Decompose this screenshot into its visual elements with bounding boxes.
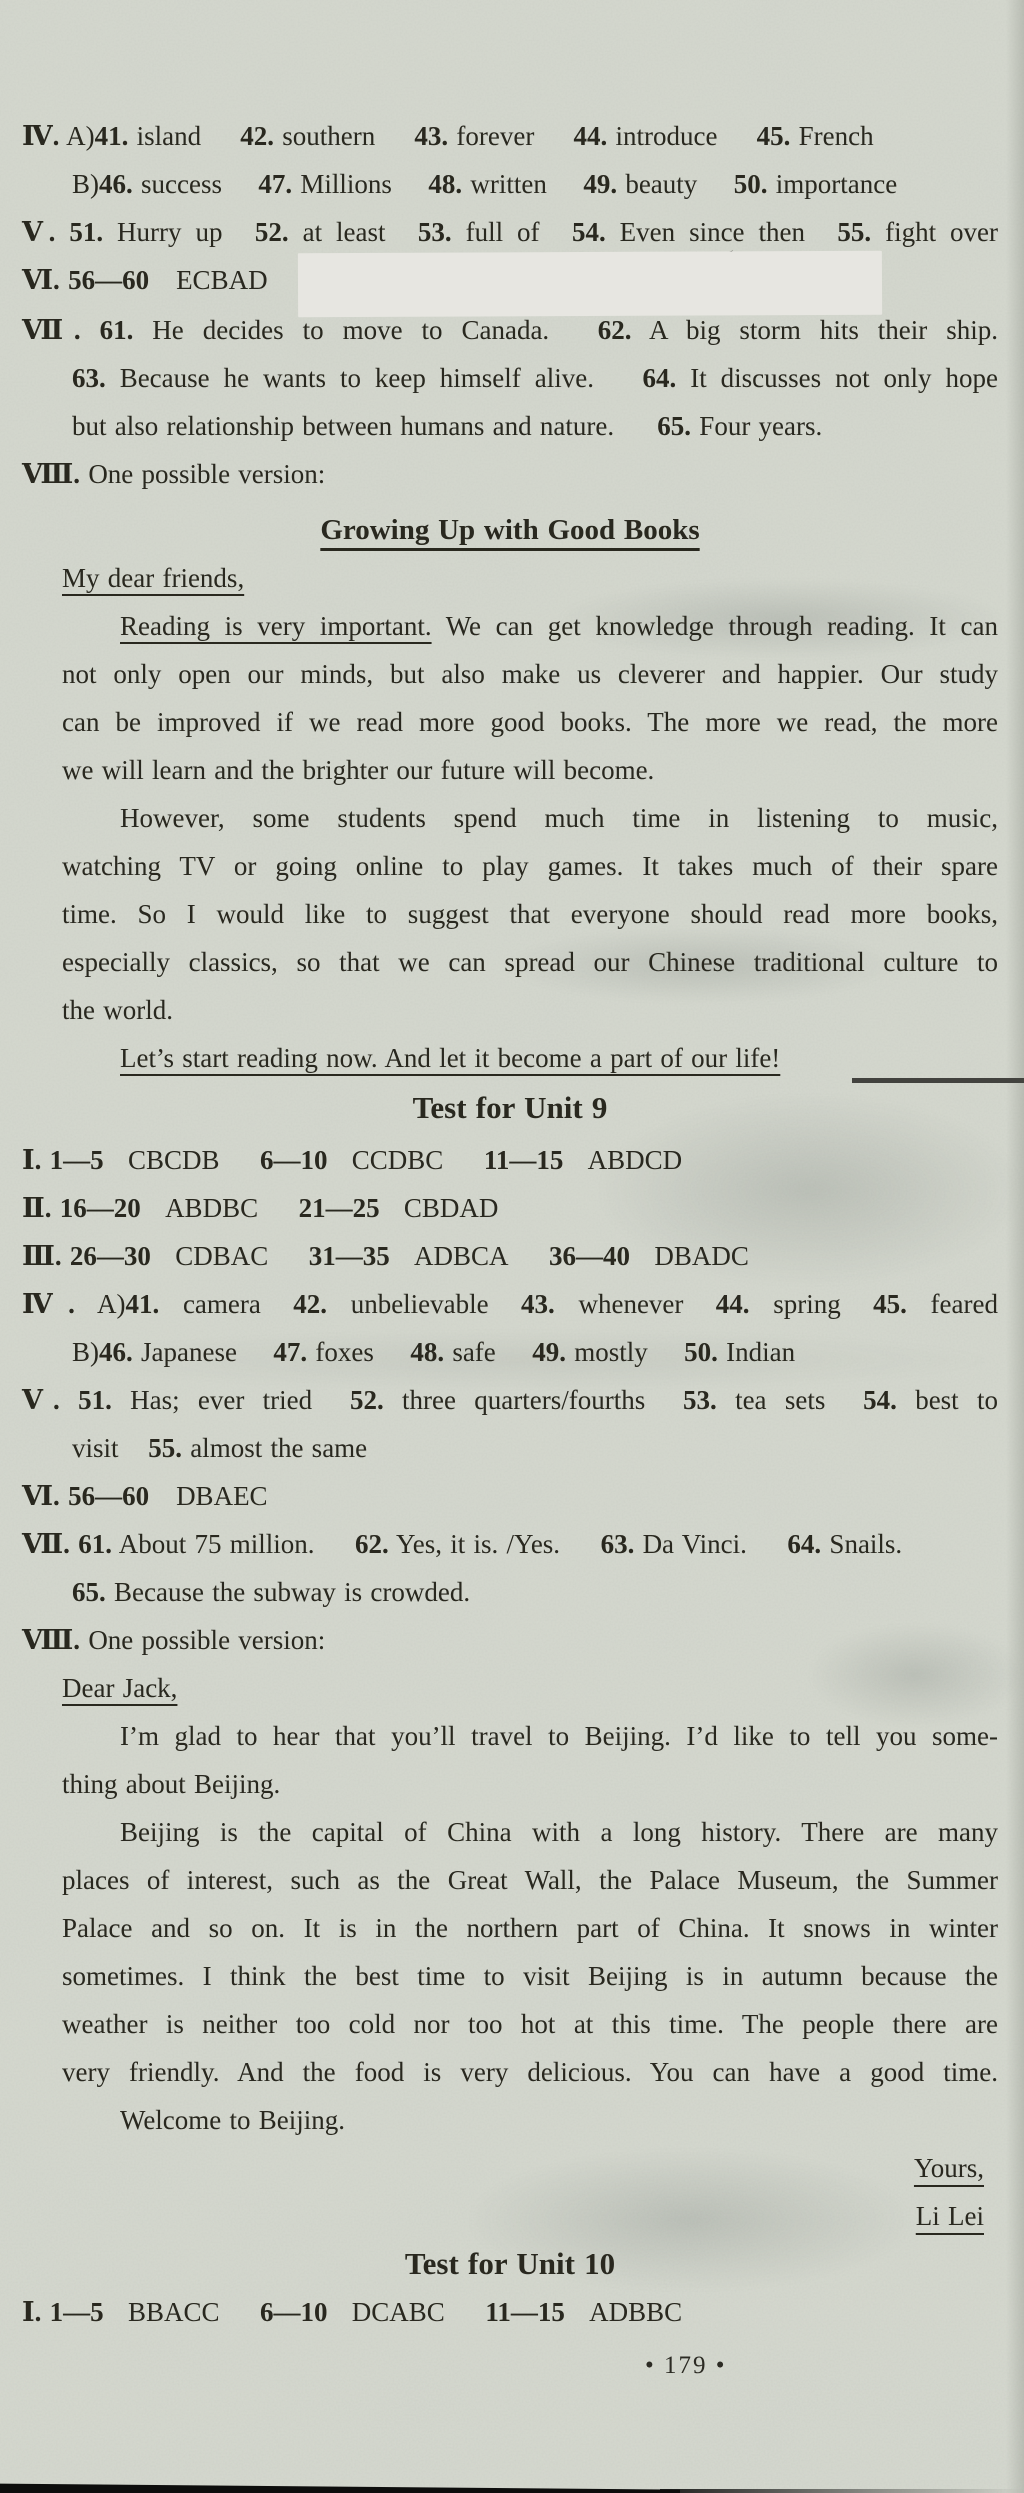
answer-number: 21—25 (299, 1193, 380, 1223)
text-segment (60, 1481, 68, 1511)
text-segment: success (133, 169, 222, 199)
answer-number: Test for Unit 10 (405, 2246, 615, 2281)
text-segment: weather is neither too cold nor too hot … (62, 2009, 998, 2039)
text-segment: DBADC (654, 1241, 749, 1271)
answer-number: 1—5 (50, 1145, 104, 1175)
text-segment: very friendly. And the food is very deli… (62, 2057, 998, 2087)
text-segment: but also relationship between humans and… (72, 411, 614, 441)
answer-number: 61. (100, 315, 134, 345)
text-segment: Hurry up (103, 217, 222, 247)
line-letter-line-2: thing about Beijing. (62, 1760, 998, 1808)
text-segment: CDBAC (175, 1241, 268, 1271)
answer-number: 55. (148, 1433, 182, 1463)
answer-number: Ⅵ. (22, 1481, 60, 1511)
line-u9-viii: Ⅷ. One possible version: (22, 1616, 998, 1664)
line-ans-vii-2: 63. Because he wants to keep himself ali… (22, 354, 998, 402)
answer-number: Ⅶ. (22, 315, 81, 345)
text-segment: best to (897, 1385, 998, 1415)
line-u9-ii: Ⅱ. 16—20ABDBC21—25CBDAD (22, 1184, 998, 1232)
text-segment: beauty (617, 169, 697, 199)
text-segment: A) (75, 1289, 126, 1319)
text-segment: CCDBC (352, 1145, 444, 1175)
line-u9-vi: Ⅵ. 56—60DBAEC (22, 1472, 998, 1520)
bottom-scan-edge (0, 2481, 680, 2493)
text-segment: French (790, 121, 873, 151)
answer-number: 41. (126, 1289, 160, 1319)
text-segment: About 75 million. (112, 1529, 315, 1559)
answer-number: 6—10 (260, 2297, 328, 2327)
answer-number: 49. (583, 169, 617, 199)
text-segment: foxes (307, 1337, 374, 1367)
text-segment: especially classics, so that we can spre… (62, 947, 998, 977)
line-ans-v: Ⅴ. 51. Hurry up52. at least53. full of54… (22, 208, 998, 256)
text-segment: Four years. (691, 411, 822, 441)
answer-number: 62. (355, 1529, 389, 1559)
text-segment: Because the subway is crowded. (106, 1577, 470, 1607)
line-letter-line-9: Welcome to Beijing. (62, 2096, 998, 2144)
answer-number: Ⅴ. (22, 1385, 60, 1415)
text-segment: B) (72, 1337, 99, 1367)
answer-number: 65. (72, 1577, 106, 1607)
line-essay-line-9: the world. (62, 986, 998, 1034)
line-u9-vii-1: Ⅶ. 61. About 75 million.62. Yes, it is. … (22, 1520, 998, 1568)
text-segment: Welcome to Beijing. (120, 2105, 345, 2135)
text-segment: Beijing is the capital of China with a l… (120, 1817, 998, 1847)
answer-number: 51. (78, 1385, 112, 1415)
text-segment: time. So I would like to suggest that ev… (62, 899, 998, 929)
line-letter-line-3: Beijing is the capital of China with a l… (62, 1808, 998, 1856)
text-segment: BBACC (128, 2297, 220, 2327)
text-segment: ABDBC (165, 1193, 258, 1223)
text-segment: A) (59, 121, 94, 151)
answer-number: Ⅵ. (22, 265, 60, 295)
answer-number: 51. (69, 217, 103, 247)
line-essay-line-2: not only open our minds, but also make u… (62, 650, 998, 698)
line-letter-line-5: Palace and so on. It is in the northern … (62, 1904, 998, 1952)
answer-number: 47. (273, 1337, 307, 1367)
line-ans-viii: Ⅷ. One possible version: (22, 450, 998, 498)
text-segment: Da Vinci. (634, 1529, 747, 1559)
text-segment: DCABC (352, 2297, 445, 2327)
answer-number: 1—5 (50, 2297, 104, 2327)
answer-number: 31—35 (309, 1241, 390, 1271)
text-segment: introduce (607, 121, 717, 151)
text-segment: We can get knowledge through reading. It… (432, 611, 998, 641)
answer-number: Ⅰ. (22, 1145, 41, 1175)
answer-number: Ⅳ. (22, 1289, 75, 1319)
answer-number: 65. (657, 411, 691, 441)
line-essay-salutation: My dear friends, (62, 554, 998, 602)
answer-number: 44. (574, 121, 608, 151)
text-segment: One possible version: (80, 1625, 325, 1655)
answer-number: 56—60 (68, 1481, 149, 1511)
text-segment: watching TV or going online to play game… (62, 851, 998, 881)
text-segment: Millions (292, 169, 392, 199)
text-segment: whenever (555, 1289, 684, 1319)
answer-number: 42. (293, 1289, 327, 1319)
text-segment: tea sets (717, 1385, 826, 1415)
line-u9-iv-b: B)46. Japanese47. foxes48. safe49. mostl… (22, 1328, 998, 1376)
answer-number: 36—40 (549, 1241, 630, 1271)
text-segment: B) (72, 169, 99, 199)
text-segment (62, 1241, 70, 1271)
text-segment: places of interest, such as the Great Wa… (62, 1865, 998, 1895)
answer-number: 49. (532, 1337, 566, 1367)
line-u9-vii-2: 65. Because the subway is crowded. (22, 1568, 998, 1616)
line-unit10-heading: Test for Unit 10 (22, 2240, 998, 2288)
text-segment: However, some students spend much time i… (120, 803, 998, 833)
line-u9-iii: Ⅲ. 26—30CDBAC31—35ADBCA36—40DBADC (22, 1232, 998, 1280)
text-segment: My dear friends, (62, 563, 244, 593)
line-essay-line-10: Let’s start reading now. And let it beco… (62, 1034, 998, 1082)
text-segment: DBAEC (176, 1481, 268, 1511)
answer-number: Ⅷ. (22, 1625, 80, 1655)
text-segment: camera (159, 1289, 261, 1319)
text-segment (41, 1145, 49, 1175)
text-segment: full of (452, 217, 540, 247)
line-essay-line-8: especially classics, so that we can spre… (62, 938, 998, 986)
line-u9-iv-a: Ⅳ. A)41. camera42. unbelievable43. whene… (22, 1280, 998, 1328)
text-segment: visit (72, 1433, 119, 1463)
answer-number: 41. (95, 121, 129, 151)
line-essay-line-1: Reading is very important. We can get kn… (62, 602, 998, 650)
line-essay-title: Growing Up with Good Books (22, 506, 998, 554)
text-segment: island (128, 121, 201, 151)
text-segment: Yours, (914, 2153, 984, 2183)
whiteout-correction-box (298, 251, 882, 318)
answer-number: 62. (598, 315, 632, 345)
text-segment: written (462, 169, 547, 199)
answer-number: Ⅳ. (22, 121, 59, 151)
line-ans-iv-b: B)46. success47. Millions48. written49. … (22, 160, 998, 208)
line-letter-line-8: very friendly. And the food is very deli… (62, 2048, 998, 2096)
answer-number: 43. (414, 121, 448, 151)
text-segment: Li Lei (916, 2201, 984, 2231)
text-segment: Snails. (821, 1529, 902, 1559)
text-segment: I’m glad to hear that you’ll travel to B… (120, 1721, 998, 1751)
line-u9-i: Ⅰ. 1—5CBCDB6—10CCDBC11—15ABDCD (22, 1136, 998, 1184)
line-essay-line-4: we will learn and the brighter our futur… (62, 746, 998, 794)
text-segment (52, 1193, 60, 1223)
text-segment: Dear Jack, (62, 1673, 177, 1703)
line-letter-line-7: weather is neither too cold nor too hot … (62, 2000, 998, 2048)
bottom-scan-edge-tail (660, 2489, 1024, 2493)
text-segment: mostly (566, 1337, 648, 1367)
line-letter-signature: Li Lei (22, 2192, 998, 2240)
text-segment (60, 1385, 78, 1415)
line-letter-salutation: Dear Jack, (62, 1664, 998, 1712)
text-segment: spring (750, 1289, 841, 1319)
answer-number: 64. (643, 363, 677, 393)
text-segment (55, 217, 69, 247)
text-segment: sometimes. I think the best time to visi… (62, 1961, 998, 1991)
text-segment: can be improved if we read more good boo… (62, 707, 998, 737)
answer-number: Ⅷ. (22, 459, 80, 489)
answer-number: Ⅶ. (22, 1529, 70, 1559)
text-segment (70, 1529, 78, 1559)
text-segment: since (689, 217, 744, 247)
line-essay-line-5: However, some students spend much time i… (62, 794, 998, 842)
answer-number: 45. (757, 121, 791, 151)
answer-number: Growing Up with Good Books (320, 514, 699, 546)
line-letter-closing: Yours, (22, 2144, 998, 2192)
answer-number: 56—60 (68, 265, 149, 295)
answer-number: Ⅱ. (22, 1193, 52, 1223)
line-essay-line-6: watching TV or going online to play game… (62, 842, 998, 890)
text-segment: One possible version: (80, 459, 325, 489)
text-segment: southern (274, 121, 375, 151)
text-segment: Even (606, 217, 689, 247)
answer-number: Ⅰ. (22, 2297, 41, 2327)
line-ans-vii-3: but also relationship between humans and… (22, 402, 998, 450)
text-segment (41, 2297, 49, 2327)
text-segment: A big storm hits their ship. (632, 315, 998, 345)
text-segment: move (343, 315, 403, 345)
text-segment: Has; ever tried (112, 1385, 312, 1415)
answer-number: 63. (72, 363, 106, 393)
text-segment: Japanese (133, 1337, 237, 1367)
text-segment: Reading is very important. (120, 611, 432, 641)
text-segment: Let’s start reading now. And let it beco… (120, 1043, 780, 1073)
answer-number: 54. (863, 1385, 897, 1415)
text-segment: not only open our minds, but also make u… (62, 659, 998, 689)
answer-number: 16—20 (60, 1193, 141, 1223)
answer-number: 50. (734, 169, 768, 199)
text-segment: then (745, 217, 805, 247)
answer-number: 54. (572, 217, 606, 247)
text-segment: CBCDB (128, 1145, 220, 1175)
text-segment: Yes, it is. /Yes. (389, 1529, 560, 1559)
answer-number: 46. (99, 1337, 133, 1367)
text-segment: ADBBC (589, 2297, 682, 2327)
answer-number: 48. (428, 169, 462, 199)
content: Ⅳ. A)41. island42. southern43. forever44… (0, 0, 1024, 2336)
line-letter-line-6: sometimes. I think the best time to visi… (62, 1952, 998, 2000)
text-segment: thing about Beijing. (62, 1769, 280, 1799)
text-segment: He decides to (133, 315, 342, 345)
text-segment: forever (448, 121, 534, 151)
page-number: • 179 • (645, 2352, 727, 2380)
answer-number: 50. (684, 1337, 718, 1367)
answer-number: 52. (255, 217, 289, 247)
text-segment: Indian (718, 1337, 795, 1367)
answer-number: 64. (787, 1529, 821, 1559)
answer-number: 11—15 (485, 2297, 565, 2327)
answer-number: 11—15 (484, 1145, 564, 1175)
answer-number: 6—10 (260, 1145, 328, 1175)
answer-number: Test for Unit 9 (413, 1090, 608, 1125)
scan-artifact-line (852, 1078, 1024, 1083)
answer-number: 55. (837, 217, 871, 247)
text-segment: Because he wants to keep himself alive. (106, 363, 594, 393)
text-segment: ABDCD (588, 1145, 683, 1175)
answer-number: 48. (410, 1337, 444, 1367)
text-segment: almost the same (182, 1433, 367, 1463)
answer-number: 44. (716, 1289, 750, 1319)
text-segment: fight over (871, 217, 998, 247)
text-segment: three quarters/fourths (384, 1385, 646, 1415)
text-segment: Palace and so on. It is in the northern … (62, 1913, 998, 1943)
answer-number: 43. (521, 1289, 555, 1319)
line-u10-i: Ⅰ. 1—5BBACC6—10DCABC11—15ADBBC (22, 2288, 998, 2336)
text-segment: to Canada. (403, 315, 550, 345)
line-essay-line-3: can be improved if we read more good boo… (62, 698, 998, 746)
text-segment (81, 315, 100, 345)
line-letter-line-4: places of interest, such as the Great Wa… (62, 1856, 998, 1904)
text-segment: ADBCA (414, 1241, 509, 1271)
text-segment: the world. (62, 995, 173, 1025)
answer-number: 42. (240, 121, 274, 151)
text-segment: at least (289, 217, 386, 247)
answer-number: 53. (683, 1385, 717, 1415)
line-u9-v-1: Ⅴ. 51. Has; ever tried52. three quarters… (22, 1376, 998, 1424)
text-segment: CBDAD (404, 1193, 499, 1223)
answer-number: 61. (78, 1529, 112, 1559)
answer-number: Ⅲ. (22, 1241, 62, 1271)
text-segment: importance (767, 169, 897, 199)
text-segment: unbelievable (327, 1289, 489, 1319)
text-segment: safe (444, 1337, 496, 1367)
text-segment: ECBAD (176, 265, 268, 295)
text-segment: It discusses not only hope (676, 363, 998, 393)
line-ans-iv-a: Ⅳ. A)41. island42. southern43. forever44… (22, 112, 998, 160)
answer-number: Ⅴ. (22, 217, 55, 247)
line-essay-line-7: time. So I would like to suggest that ev… (62, 890, 998, 938)
answer-number: 26—30 (70, 1241, 151, 1271)
answer-number: 53. (418, 217, 452, 247)
answer-number: 47. (258, 169, 292, 199)
text-segment (60, 265, 68, 295)
line-unit9-heading: Test for Unit 9 (22, 1084, 998, 1132)
line-u9-v-2: visit55. almost the same (22, 1424, 998, 1472)
scanned-answer-book-page: Ⅳ. A)41. island42. southern43. forever44… (0, 0, 1024, 2493)
answer-number: 45. (873, 1289, 907, 1319)
line-letter-line-1: I’m glad to hear that you’ll travel to B… (62, 1712, 998, 1760)
text-segment: feared (907, 1289, 998, 1319)
answer-number: 46. (99, 169, 133, 199)
answer-number: 52. (350, 1385, 384, 1415)
answer-number: 63. (601, 1529, 635, 1559)
text-segment: we will learn and the brighter our futur… (62, 755, 654, 785)
